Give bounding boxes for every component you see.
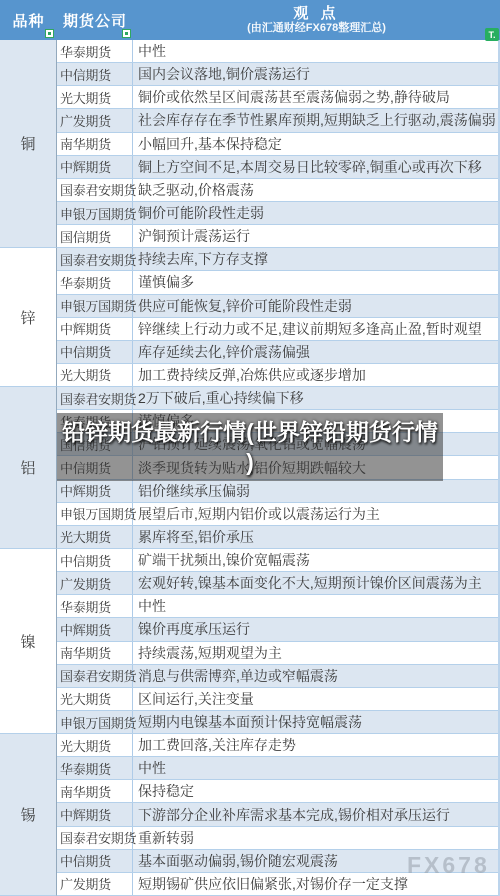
- header-variety-cell: 品种: [0, 0, 57, 40]
- viewpoint-cell: 中性: [133, 41, 498, 61]
- company-cell: 光大期货: [57, 364, 133, 386]
- company-cell: 光大期货: [57, 734, 133, 756]
- viewpoint-cell: 累库将至,铝价承压: [133, 527, 498, 547]
- viewpoint-cell: 国内会议落地,铜价震荡运行: [133, 64, 498, 84]
- headline-overlay: 铅锌期货最新行情(世界锌铅期货行情 ): [57, 413, 443, 481]
- viewpoint-cell: 消息与供需博弈,单边或窄幅震荡: [133, 666, 498, 686]
- table-row: 国泰君安期货持续去库,下方存支撑: [57, 248, 498, 271]
- section-rows: 华泰期货中性中信期货国内会议落地,铜价震荡运行光大期货铜价或依然呈区间震荡甚至震…: [57, 40, 498, 248]
- viewpoint-cell: 沪铜预计震荡运行: [133, 226, 498, 246]
- header-company-cell: 期货公司: [57, 0, 133, 40]
- company-cell: 国泰君安期货: [57, 179, 133, 201]
- variety-cell: 锌: [0, 248, 57, 387]
- viewpoint-cell: 持续去库,下方存支撑: [133, 249, 498, 269]
- viewpoint-cell: 谨慎偏多: [133, 272, 498, 292]
- company-cell: 广发期货: [57, 109, 133, 131]
- viewpoint-cell: 社会库存存在季节性累库预期,短期缺乏上行驱动,震荡偏弱: [133, 110, 498, 130]
- company-cell: 光大期货: [57, 688, 133, 710]
- filter-dropdown-icon[interactable]: [45, 29, 54, 38]
- viewpoint-cell: 中性: [133, 758, 498, 778]
- company-cell: 华泰期货: [57, 271, 133, 293]
- table-row: 申银万国期货铜价可能阶段性走弱: [57, 202, 498, 225]
- table-row: 国泰君安期货消息与供需博弈,单边或窄幅震荡: [57, 665, 498, 688]
- viewpoint-cell: 供应可能恢复,锌价可能阶段性走弱: [133, 296, 498, 316]
- viewpoint-cell: 缺乏驱动,价格震荡: [133, 180, 498, 200]
- company-cell: 中辉期货: [57, 618, 133, 640]
- company-cell: 中信期货: [57, 341, 133, 363]
- table-row: 中辉期货铝价继续承压偏弱: [57, 480, 498, 503]
- variety-section: 锌国泰君安期货持续去库,下方存支撑华泰期货谨慎偏多申银万国期货供应可能恢复,锌价…: [0, 248, 498, 387]
- company-cell: 中辉期货: [57, 480, 133, 502]
- viewpoint-cell: 镍价再度承压运行: [133, 619, 498, 639]
- viewpoint-cell: 展望后市,短期内铝价或以震荡运行为主: [133, 504, 498, 524]
- variety-cell: 锡: [0, 734, 57, 896]
- table-row: 国信期货沪铜预计震荡运行: [57, 225, 498, 248]
- table-row: 国泰君安期货缺乏驱动,价格震荡: [57, 179, 498, 202]
- table-row: 中辉期货铜上方空间不足,本周交易日比较零碎,铜重心或再次下移: [57, 156, 498, 179]
- company-cell: 光大期货: [57, 526, 133, 548]
- variety-cell: 铜: [0, 40, 57, 248]
- company-cell: 广发期货: [57, 873, 133, 895]
- table-row: 华泰期货谨慎偏多: [57, 271, 498, 294]
- table-row: 华泰期货中性: [57, 595, 498, 618]
- viewpoint-cell: 2万下破后,重心持续偏下移: [133, 388, 498, 408]
- header-viewpoint-subtitle: (由汇通财经FX678整理汇总): [247, 22, 386, 35]
- viewpoint-cell: 铜价可能阶段性走弱: [133, 203, 498, 223]
- table-row: 南华期货保持稳定: [57, 780, 498, 803]
- table-header: 品种 期货公司 观 点 (由汇通财经FX678整理汇总) T.: [0, 0, 500, 40]
- company-cell: 申银万国期货: [57, 711, 133, 733]
- viewpoint-cell: 中性: [133, 596, 498, 616]
- headline-line1: 铅锌期货最新行情(世界锌铅期货行情: [62, 417, 438, 447]
- table-row: 中信期货库存延续去化,锌价震荡偏强: [57, 341, 498, 364]
- section-rows: 国泰君安期货持续去库,下方存支撑华泰期货谨慎偏多申银万国期货供应可能恢复,锌价可…: [57, 248, 498, 387]
- table-row: 中辉期货镍价再度承压运行: [57, 618, 498, 641]
- viewpoint-cell: 区间运行,关注变量: [133, 689, 498, 709]
- company-cell: 申银万国期货: [57, 295, 133, 317]
- table-row: 光大期货区间运行,关注变量: [57, 688, 498, 711]
- company-cell: 申银万国期货: [57, 202, 133, 224]
- viewpoint-cell: 保持稳定: [133, 781, 498, 801]
- corner-tool-icon[interactable]: T.: [485, 28, 499, 41]
- viewpoint-cell: 锌继续上行动力或不足,建议前期短多逢高止盈,暂时观望: [133, 319, 498, 339]
- company-cell: 华泰期货: [57, 757, 133, 779]
- company-cell: 国泰君安期货: [57, 248, 133, 270]
- section-rows: 中信期货矿端干扰频出,镍价宽幅震荡广发期货宏观好转,镍基本面变化不大,短期预计镍…: [57, 549, 498, 734]
- company-cell: 国信期货: [57, 225, 133, 247]
- variety-cell: 镍: [0, 549, 57, 734]
- company-cell: 申银万国期货: [57, 503, 133, 525]
- viewpoint-cell: 铝价继续承压偏弱: [133, 481, 498, 501]
- futures-opinion-table: 品种 期货公司 观 点 (由汇通财经FX678整理汇总) T. 铜华泰期货中性中…: [0, 0, 500, 896]
- fx678-watermark: FX678: [407, 852, 490, 879]
- company-cell: 中辉期货: [57, 318, 133, 340]
- company-cell: 广发期货: [57, 572, 133, 594]
- viewpoint-cell: 小幅回升,基本保持稳定: [133, 134, 498, 154]
- table-row: 中辉期货锌继续上行动力或不足,建议前期短多逢高止盈,暂时观望: [57, 318, 498, 341]
- header-viewpoint-label: 观 点: [293, 5, 339, 22]
- viewpoint-cell: 加工费回落,关注库存走势: [133, 735, 498, 755]
- table-row: 中信期货矿端干扰频出,镍价宽幅震荡: [57, 549, 498, 572]
- table-row: 光大期货加工费持续反弹,冶炼供应或逐步增加: [57, 364, 498, 387]
- viewpoint-cell: 铜上方空间不足,本周交易日比较零碎,铜重心或再次下移: [133, 157, 498, 177]
- table-row: 南华期货小幅回升,基本保持稳定: [57, 133, 498, 156]
- company-cell: 光大期货: [57, 86, 133, 108]
- table-row: 广发期货宏观好转,镍基本面变化不大,短期预计镍价区间震荡为主: [57, 572, 498, 595]
- header-variety-label: 品种: [12, 10, 44, 31]
- company-cell: 中信期货: [57, 63, 133, 85]
- company-cell: 华泰期货: [57, 595, 133, 617]
- company-cell: 南华期货: [57, 780, 133, 802]
- table-row: 国泰君安期货重新转弱: [57, 827, 498, 850]
- filter-dropdown-icon[interactable]: [122, 29, 131, 38]
- table-row: 申银万国期货展望后市,短期内铝价或以震荡运行为主: [57, 503, 498, 526]
- table-row: 申银万国期货供应可能恢复,锌价可能阶段性走弱: [57, 295, 498, 318]
- viewpoint-cell: 加工费持续反弹,冶炼供应或逐步增加: [133, 365, 498, 385]
- variety-cell: 铝: [0, 387, 57, 549]
- viewpoint-cell: 宏观好转,镍基本面变化不大,短期预计镍价区间震荡为主: [133, 573, 498, 593]
- company-cell: 中信期货: [57, 549, 133, 571]
- table-row: 光大期货累库将至,铝价承压: [57, 526, 498, 549]
- table-row: 华泰期货中性: [57, 757, 498, 780]
- viewpoint-cell: 矿端干扰频出,镍价宽幅震荡: [133, 550, 498, 570]
- viewpoint-cell: 短期内电镍基本面预计保持宽幅震荡: [133, 712, 498, 732]
- table-row: 中信期货国内会议落地,铜价震荡运行: [57, 63, 498, 86]
- variety-section: 镍中信期货矿端干扰频出,镍价宽幅震荡广发期货宏观好转,镍基本面变化不大,短期预计…: [0, 549, 498, 734]
- company-cell: 国泰君安期货: [57, 827, 133, 849]
- table-row: 国泰君安期货2万下破后,重心持续偏下移: [57, 387, 498, 410]
- viewpoint-cell: 持续震荡,短期观望为主: [133, 643, 498, 663]
- company-cell: 南华期货: [57, 642, 133, 664]
- table-row: 光大期货铜价或依然呈区间震荡甚至震荡偏弱之势,静待破局: [57, 86, 498, 109]
- viewpoint-cell: 库存延续去化,锌价震荡偏强: [133, 342, 498, 362]
- headline-line2: ): [246, 447, 254, 477]
- header-company-label: 期货公司: [63, 10, 127, 31]
- viewpoint-cell: 重新转弱: [133, 828, 498, 848]
- viewpoint-cell: 铜价或依然呈区间震荡甚至震荡偏弱之势,静待破局: [133, 87, 498, 107]
- variety-section: 铜华泰期货中性中信期货国内会议落地,铜价震荡运行光大期货铜价或依然呈区间震荡甚至…: [0, 40, 498, 248]
- table-row: 中辉期货下游部分企业补库需求基本完成,锡价相对承压运行: [57, 803, 498, 826]
- company-cell: 南华期货: [57, 133, 133, 155]
- company-cell: 国泰君安期货: [57, 665, 133, 687]
- company-cell: 中信期货: [57, 850, 133, 872]
- company-cell: 华泰期货: [57, 40, 133, 62]
- company-cell: 中辉期货: [57, 803, 133, 825]
- table-row: 南华期货持续震荡,短期观望为主: [57, 642, 498, 665]
- company-cell: 中辉期货: [57, 156, 133, 178]
- table-row: 光大期货加工费回落,关注库存走势: [57, 734, 498, 757]
- table-row: 华泰期货中性: [57, 40, 498, 63]
- table-row: 广发期货社会库存存在季节性累库预期,短期缺乏上行驱动,震荡偏弱: [57, 109, 498, 132]
- viewpoint-cell: 下游部分企业补库需求基本完成,锡价相对承压运行: [133, 805, 498, 825]
- table-row: 申银万国期货短期内电镍基本面预计保持宽幅震荡: [57, 711, 498, 734]
- company-cell: 国泰君安期货: [57, 387, 133, 409]
- header-viewpoint-cell: 观 点 (由汇通财经FX678整理汇总): [133, 0, 500, 40]
